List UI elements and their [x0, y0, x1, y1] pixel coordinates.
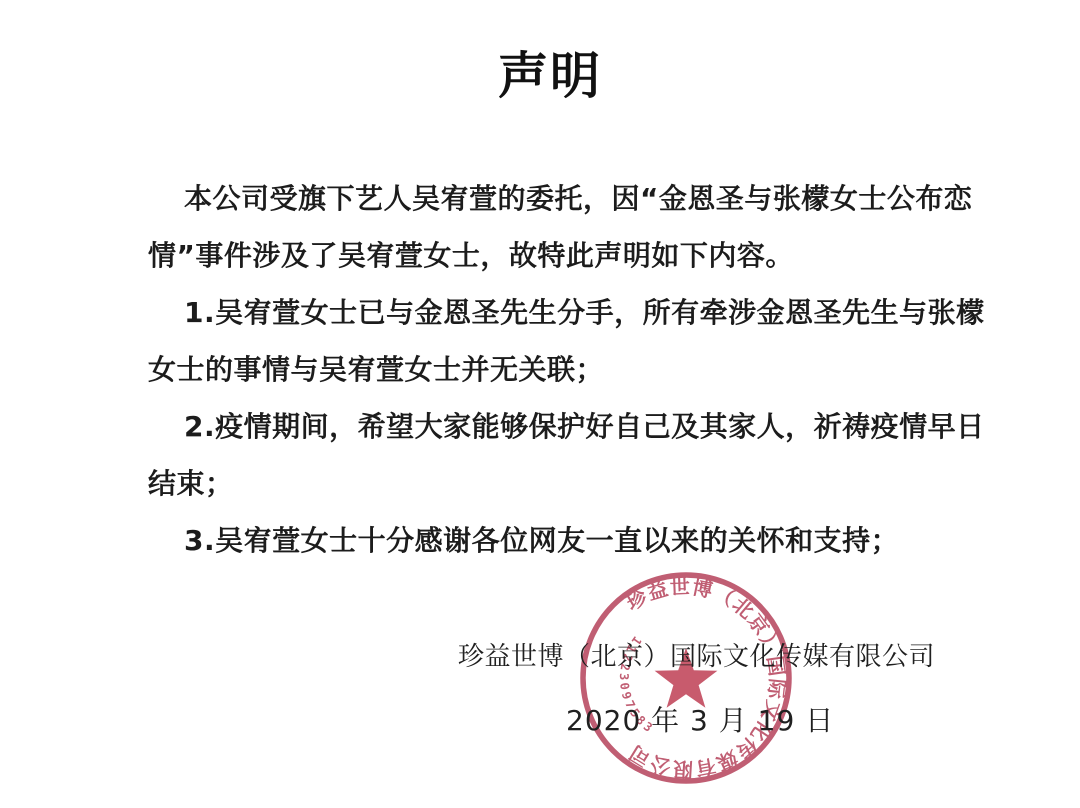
body-text-line: 女士的事情与吴宥萱女士并无关联；: [148, 341, 938, 398]
body-text-line: 2.疫情期间，希望大家能够保护好自己及其家人，祈祷疫情早日: [148, 398, 938, 455]
page-title: 声明: [10, 36, 1080, 108]
body-text-line: 3.吴宥萱女士十分感谢各位网友一直以来的关怀和支持；: [148, 512, 938, 569]
company-seal-stamp: 珍益世博（北京）国际文化传媒有限公司 11223097583: [561, 553, 811, 803]
statement-document: 声明 本公司受旗下艺人吴宥萱的委托，因“金恩圣与张檬女士公布恋情”事件涉及了吴宥…: [0, 0, 1080, 808]
seal-ring-text: 珍益世博（北京）国际文化传媒有限公司: [622, 574, 790, 781]
seal-outer-ring: [583, 575, 789, 781]
body-text-line: 本公司受旗下艺人吴宥萱的委托，因“金恩圣与张檬女士公布恋: [148, 170, 938, 227]
signature-date: 2020 年 3 月 19 日: [566, 699, 834, 739]
body-text-line: 情”事件涉及了吴宥萱女士，故特此声明如下内容。: [148, 227, 938, 284]
body-text-line: 结束；: [148, 455, 938, 512]
body-text-line: 1.吴宥萱女士已与金恩圣先生分手，所有牵涉金恩圣先生与张檬: [148, 284, 938, 341]
document-body: 本公司受旗下艺人吴宥萱的委托，因“金恩圣与张檬女士公布恋情”事件涉及了吴宥萱女士…: [148, 170, 938, 569]
company-signature: 珍益世博（北京）国际文化传媒有限公司: [458, 636, 935, 673]
